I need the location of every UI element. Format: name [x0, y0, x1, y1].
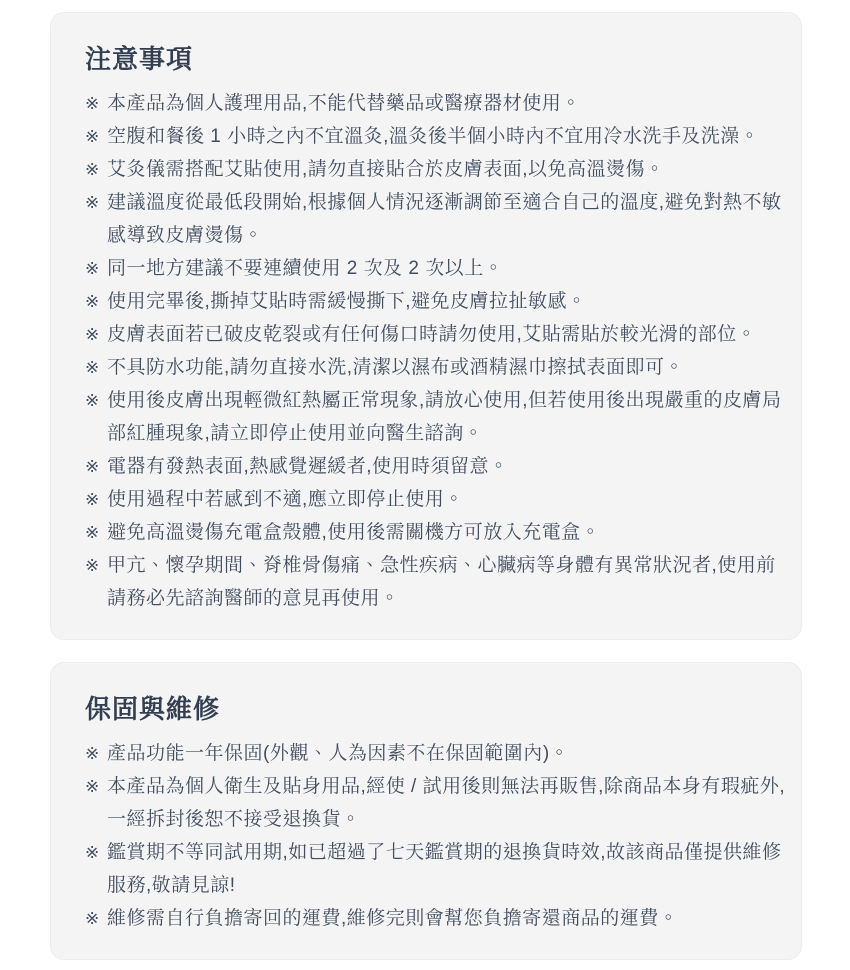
reference-mark: ※	[85, 318, 107, 351]
reference-mark: ※	[85, 87, 107, 120]
warranty-item-text: 本產品為個人衛生及貼身用品,經使 / 試用後則無法再販售,除商品本身有瑕疵外,一…	[107, 770, 787, 836]
reference-mark: ※	[85, 770, 107, 803]
notice-item: ※ 使用過程中若感到不適,應立即停止使用。	[85, 483, 787, 516]
warranty-item-text: 鑑賞期不等同試用期,如已超過了七天鑑賞期的退換貨時效,故該商品僅提供維修服務,敬…	[107, 836, 787, 902]
warranty-item-text: 產品功能一年保固(外觀、人為因素不在保固範圍內)。	[107, 737, 787, 770]
reference-mark: ※	[85, 836, 107, 869]
reference-mark: ※	[85, 549, 107, 582]
reference-mark: ※	[85, 120, 107, 153]
notice-item-text: 使用後皮膚出現輕微紅熱屬正常現象,請放心使用,但若使用後出現嚴重的皮膚局部紅腫現…	[107, 384, 787, 450]
reference-mark: ※	[85, 384, 107, 417]
notice-item-text: 本產品為個人護理用品,不能代替藥品或醫療器材使用。	[107, 87, 787, 120]
page: 注意事項 ※ 本產品為個人護理用品,不能代替藥品或醫療器材使用。 ※ 空腹和餐後…	[0, 0, 850, 970]
reference-mark: ※	[85, 483, 107, 516]
warranty-section-title: 保固與維修	[85, 691, 787, 727]
notice-item: ※ 同一地方建議不要連續使用 2 次及 2 次以上。	[85, 252, 787, 285]
notice-item: ※ 皮膚表面若已破皮乾裂或有任何傷口時請勿使用,艾貼需貼於較光滑的部位。	[85, 318, 787, 351]
warranty-item: ※ 本產品為個人衛生及貼身用品,經使 / 試用後則無法再販售,除商品本身有瑕疵外…	[85, 770, 787, 836]
notice-item: ※ 甲亢、懷孕期間、脊椎骨傷痛、急性疾病、心臟病等身體有異常狀況者,使用前請務必…	[85, 549, 787, 615]
notice-item-text: 不具防水功能,請勿直接水洗,清潔以濕布或酒精濕巾擦拭表面即可。	[107, 351, 787, 384]
reference-mark: ※	[85, 516, 107, 549]
reference-mark: ※	[85, 285, 107, 318]
warranty-item: ※ 維修需自行負擔寄回的運費,維修完則會幫您負擔寄還商品的運費。	[85, 902, 787, 935]
notice-item-text: 空腹和餐後 1 小時之內不宜溫灸,溫灸後半個小時內不宜用冷水洗手及洗澡。	[107, 120, 787, 153]
notice-item-text: 同一地方建議不要連續使用 2 次及 2 次以上。	[107, 252, 787, 285]
warranty-item-text: 維修需自行負擔寄回的運費,維修完則會幫您負擔寄還商品的運費。	[107, 902, 787, 935]
notice-item-text: 避免高溫燙傷充電盒殼體,使用後需關機方可放入充電盒。	[107, 516, 787, 549]
notice-section-title: 注意事項	[85, 41, 787, 77]
notice-item: ※ 建議溫度從最低段開始,根據個人情況逐漸調節至適合自己的溫度,避免對熱不敏感導…	[85, 186, 787, 252]
notice-item: ※ 使用後皮膚出現輕微紅熱屬正常現象,請放心使用,但若使用後出現嚴重的皮膚局部紅…	[85, 384, 787, 450]
warranty-item: ※ 產品功能一年保固(外觀、人為因素不在保固範圍內)。	[85, 737, 787, 770]
reference-mark: ※	[85, 186, 107, 219]
notice-item: ※ 使用完畢後,撕掉艾貼時需緩慢撕下,避免皮膚拉扯敏感。	[85, 285, 787, 318]
notice-item: ※ 空腹和餐後 1 小時之內不宜溫灸,溫灸後半個小時內不宜用冷水洗手及洗澡。	[85, 120, 787, 153]
reference-mark: ※	[85, 902, 107, 935]
notice-item: ※ 電器有發熱表面,熱感覺遲緩者,使用時須留意。	[85, 450, 787, 483]
reference-mark: ※	[85, 450, 107, 483]
notice-item-text: 皮膚表面若已破皮乾裂或有任何傷口時請勿使用,艾貼需貼於較光滑的部位。	[107, 318, 787, 351]
notice-item-text: 使用過程中若感到不適,應立即停止使用。	[107, 483, 787, 516]
notice-item-text: 使用完畢後,撕掉艾貼時需緩慢撕下,避免皮膚拉扯敏感。	[107, 285, 787, 318]
notice-item-text: 甲亢、懷孕期間、脊椎骨傷痛、急性疾病、心臟病等身體有異常狀況者,使用前請務必先諮…	[107, 549, 787, 615]
notice-item: ※ 避免高溫燙傷充電盒殼體,使用後需關機方可放入充電盒。	[85, 516, 787, 549]
notice-section-card: 注意事項 ※ 本產品為個人護理用品,不能代替藥品或醫療器材使用。 ※ 空腹和餐後…	[50, 12, 802, 640]
notice-item-text: 電器有發熱表面,熱感覺遲緩者,使用時須留意。	[107, 450, 787, 483]
warranty-section-card: 保固與維修 ※ 產品功能一年保固(外觀、人為因素不在保固範圍內)。 ※ 本產品為…	[50, 662, 802, 960]
reference-mark: ※	[85, 737, 107, 770]
warranty-item: ※ 鑑賞期不等同試用期,如已超過了七天鑑賞期的退換貨時效,故該商品僅提供維修服務…	[85, 836, 787, 902]
notice-item-text: 建議溫度從最低段開始,根據個人情況逐漸調節至適合自己的溫度,避免對熱不敏感導致皮…	[107, 186, 787, 252]
notice-item: ※ 不具防水功能,請勿直接水洗,清潔以濕布或酒精濕巾擦拭表面即可。	[85, 351, 787, 384]
reference-mark: ※	[85, 351, 107, 384]
notice-item: ※ 本產品為個人護理用品,不能代替藥品或醫療器材使用。	[85, 87, 787, 120]
reference-mark: ※	[85, 252, 107, 285]
reference-mark: ※	[85, 153, 107, 186]
notice-item-text: 艾灸儀需搭配艾貼使用,請勿直接貼合於皮膚表面,以免高溫燙傷。	[107, 153, 787, 186]
notice-item: ※ 艾灸儀需搭配艾貼使用,請勿直接貼合於皮膚表面,以免高溫燙傷。	[85, 153, 787, 186]
